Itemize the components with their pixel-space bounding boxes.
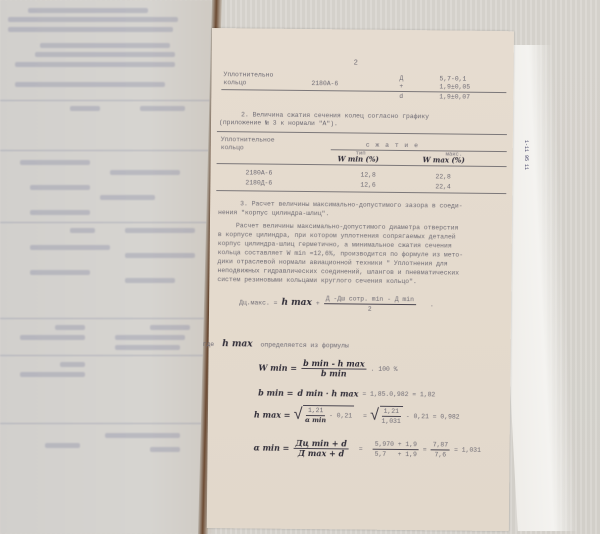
table-cell: 2180Д-6 bbox=[245, 178, 272, 187]
fraction-denominator: α min bbox=[305, 416, 326, 425]
formula-fraction: Дц min + d Д max + d bbox=[293, 439, 349, 459]
param-symbol: + bbox=[399, 82, 403, 91]
formula-fraction: 7,87 7,6 bbox=[431, 440, 451, 459]
fraction-numerator: 7,87 bbox=[431, 440, 450, 450]
formula-op: + bbox=[316, 299, 320, 308]
formula-tail: . 100 % bbox=[371, 365, 398, 374]
formula-result: - 0,21 = 0,982 bbox=[406, 412, 460, 422]
sqrt-expression: √ 1,21 α min - 0,21 bbox=[293, 405, 354, 426]
formula-wmin: W min = b min - h max b min . 100 % bbox=[258, 359, 397, 379]
paragraph-line: систем резиновыми кольцами круглого сече… bbox=[217, 275, 417, 286]
formula-fraction: 1,21 1,031 bbox=[381, 407, 401, 426]
formula-tail: . bbox=[430, 300, 434, 309]
param-value: 1,9±0,05 bbox=[439, 82, 470, 91]
part-code: 2180А-6 bbox=[311, 79, 338, 88]
formula-op: = bbox=[423, 445, 427, 454]
section-heading-2: нения "корпус цилиндра-шлиц". bbox=[218, 208, 329, 218]
formula-hand-rhs: d min · h max bbox=[297, 389, 358, 399]
fraction-denominator: 5,7 + 1,9 bbox=[375, 450, 417, 459]
table-cell: 2180А-6 bbox=[245, 168, 272, 177]
formula-fraction: b min - h max b min bbox=[301, 359, 367, 379]
fraction-numerator: 1,21 bbox=[306, 406, 325, 416]
ring-label-2: кольцо bbox=[223, 78, 246, 87]
fraction-denominator: Д max + d bbox=[298, 449, 344, 458]
table-cell: 12,6 bbox=[360, 181, 375, 190]
fraction-denominator: b min bbox=[321, 369, 347, 378]
formula-hmax: h max = √ 1,21 α min - 0,21 = √ bbox=[254, 404, 460, 426]
formula-lhs: h max = bbox=[254, 410, 291, 419]
table-cell: 22,8 bbox=[435, 172, 450, 181]
sqrt-icon: √ bbox=[293, 410, 303, 419]
formula-fraction: 1,21 α min bbox=[305, 406, 326, 425]
table-header-wmax: W max (%) bbox=[423, 155, 465, 164]
formula-result: = 1,85.0,982 = 1,82 bbox=[362, 390, 435, 400]
formula-lhs: b min = bbox=[258, 389, 293, 398]
where-suffix: определяется из формулы bbox=[261, 341, 349, 351]
table-cell: 12,8 bbox=[360, 171, 375, 180]
formula-hand-term: h max bbox=[281, 299, 311, 308]
fraction-denominator: 1,031 bbox=[381, 417, 400, 426]
table-cell: 22,4 bbox=[435, 182, 450, 191]
side-index-tab: 1-11 95 11 bbox=[519, 140, 529, 190]
param-value: 1,9±0,07 bbox=[439, 92, 470, 101]
formula-lhs: α min = bbox=[254, 443, 290, 452]
formula-lhs: W min = bbox=[258, 364, 297, 373]
document-page: 2 Уплотнительно кольцо 2180А-6 Д 5,7-0,1… bbox=[207, 28, 514, 531]
table-header: кольцо bbox=[221, 143, 244, 152]
param-symbol: d bbox=[399, 92, 403, 101]
fraction-denominator: 2 bbox=[368, 305, 372, 314]
formula-lhs: Дц.макс. = bbox=[239, 298, 277, 307]
formula-main: Дц.макс. = h max + Д -Дш сотр. min - Д m… bbox=[239, 293, 434, 314]
fraction-numerator: 1,21 bbox=[382, 407, 401, 417]
section-heading-2: (приложение № 3 к нормали "А"). bbox=[219, 118, 338, 128]
formula-fraction: 5,970 + 1,9 5,7 + 1,9 bbox=[373, 440, 419, 459]
fraction-numerator: 5,970 + 1,9 bbox=[373, 440, 419, 450]
formula-alpha: α min = Дц min + d Д max + d = 5,970 + 1… bbox=[254, 438, 482, 459]
formula-fraction: Д -Дш сотр. min - Д min 2 bbox=[324, 294, 416, 314]
where-line: где h max определяется из формулы bbox=[203, 340, 349, 351]
sqrt-tail: - 0,21 bbox=[329, 411, 352, 420]
fraction-numerator: Д -Дш сотр. min - Д min bbox=[324, 294, 416, 305]
sqrt-icon: √ bbox=[370, 411, 380, 420]
sqrt-expression: √ 1,21 1,031 bbox=[370, 406, 403, 426]
page-number: 2 bbox=[354, 59, 358, 68]
left-facing-page bbox=[0, 0, 212, 534]
where-hand-term: h max bbox=[222, 340, 252, 349]
formula-op: = bbox=[359, 445, 363, 454]
table-header-wmin: W min (%) bbox=[338, 154, 379, 163]
where-prefix: где bbox=[203, 340, 215, 349]
formula-result: = 1,031 bbox=[454, 446, 481, 455]
formula-bmin: b min = d min · h max = 1,85.0,982 = 1,8… bbox=[258, 389, 435, 400]
fraction-denominator: 7,6 bbox=[435, 450, 447, 459]
formula-op: = bbox=[363, 411, 367, 420]
